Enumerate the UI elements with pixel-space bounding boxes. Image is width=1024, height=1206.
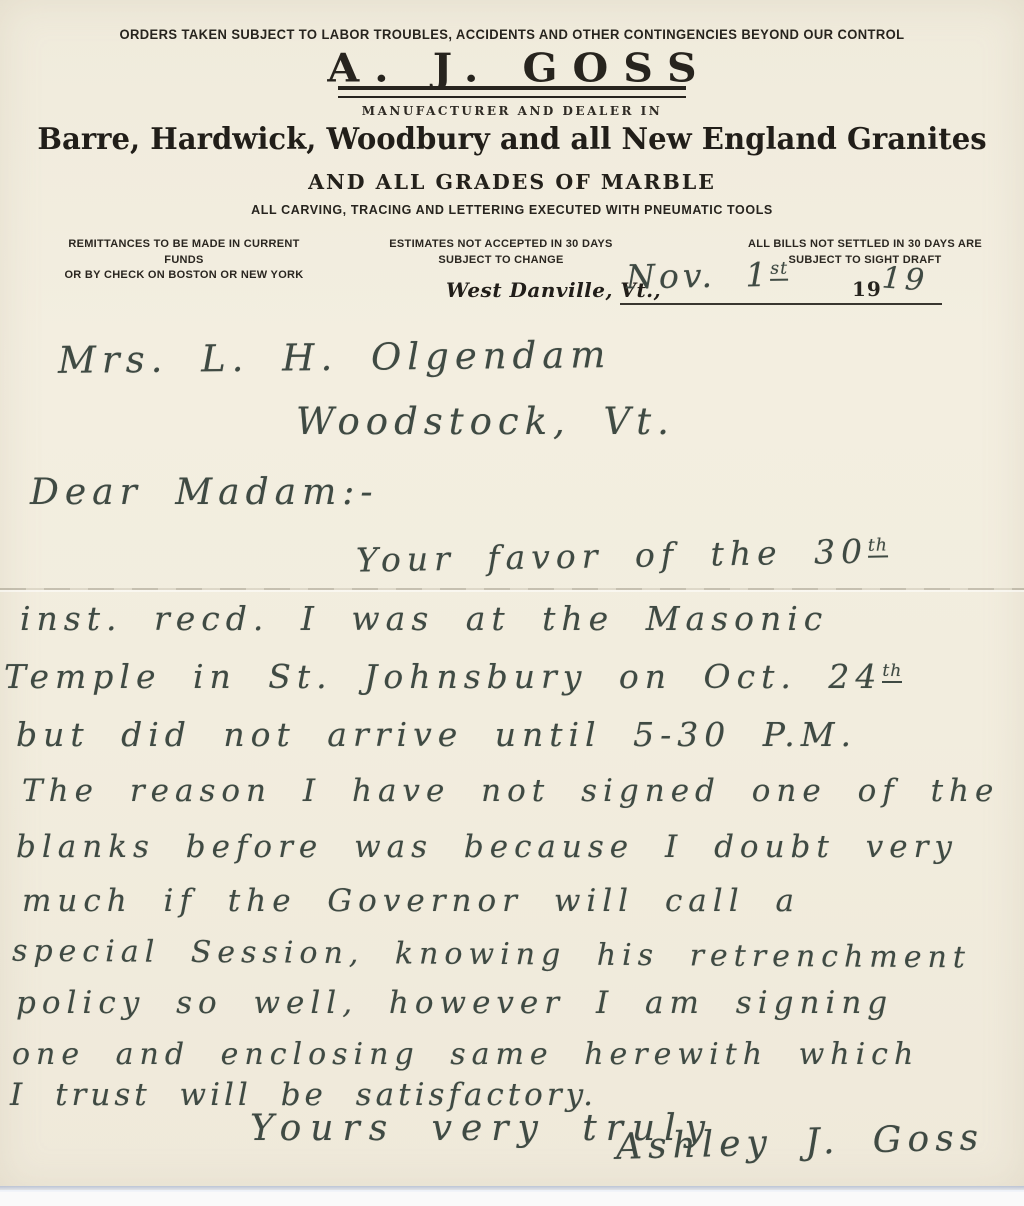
body-line: one and enclosing same herewith which — [12, 1037, 919, 1072]
body-line-text: The reason I have not signed one of the — [22, 773, 999, 809]
body-line-text: special Session, knowing his retrenchmen… — [12, 934, 971, 976]
body-line-text: Your favor of the 30 — [356, 532, 869, 580]
body-line-ordinal: th — [868, 535, 888, 557]
body-line-text: policy so well, however I am signing — [16, 985, 893, 1021]
body-line: Temple in St. Johnsbury on Oct. 24th — [4, 657, 902, 696]
body-line: policy so well, however I am signing — [16, 985, 893, 1021]
body-line-text: but did not arrive until 5-30 P.M. — [16, 715, 857, 754]
products-line: Barre, Hardwick, Woodbury and all New En… — [15, 122, 1008, 157]
terms-remittances-line2: OR BY CHECK ON BOSTON OR NEW YORK — [48, 268, 320, 284]
dateline-year-printed: 19 — [852, 277, 882, 301]
body-line: The reason I have not signed one of the — [22, 773, 999, 809]
body-line: but did not arrive until 5-30 P.M. — [16, 715, 857, 754]
body-line: blanks before was because I doubt very — [16, 829, 958, 865]
salutation: Dear Madam:- — [30, 472, 379, 513]
company-name: A. J. GOSS — [0, 45, 1024, 91]
body-line: Your favor of the 30th — [356, 531, 889, 579]
dateline-handwritten-date: Nov. 1st — [626, 255, 789, 297]
letter-document-sheet: ORDERS TAKEN SUBJECT TO LABOR TROUBLES, … — [0, 0, 1024, 1190]
terms-remittances-line1: REMITTANCES TO BE MADE IN CURRENT FUNDS — [48, 237, 320, 268]
marble-line: AND ALL GRADES OF MARBLE — [0, 170, 1024, 194]
tools-line: ALL CARVING, TRACING AND LETTERING EXECU… — [0, 203, 1024, 217]
dateline-ordinal: st — [770, 259, 788, 281]
company-double-rule — [338, 86, 686, 98]
scanner-background — [0, 1192, 1024, 1206]
body-line: special Session, knowing his retrenchmen… — [12, 934, 971, 976]
top-notice: ORDERS TAKEN SUBJECT TO LABOR TROUBLES, … — [0, 27, 1024, 43]
dateline-month-day: Nov. 1 — [626, 255, 771, 297]
body-line: inst. recd. I was at the Masonic — [20, 599, 828, 638]
body-line-text: blanks before was because I doubt very — [16, 829, 958, 865]
recipient-name: Mrs. L. H. Olgendam — [58, 333, 612, 382]
fold-crease-shadow — [0, 588, 1024, 590]
manufacturer-line: MANUFACTURER AND DEALER IN — [0, 104, 1024, 118]
dateline-rule — [620, 303, 942, 305]
signature: Ashley J. Goss — [616, 1117, 985, 1168]
terms-estimates-line1: ESTIMATES NOT ACCEPTED IN 30 DAYS — [386, 237, 616, 253]
terms-estimates-line2: SUBJECT TO CHANGE — [386, 253, 616, 269]
body-line-text: Temple in St. Johnsbury on Oct. 24 — [4, 657, 882, 696]
body-line-text: inst. recd. I was at the Masonic — [20, 599, 828, 638]
body-line-text: much if the Governor will call a — [22, 883, 800, 919]
body-line-text: one and enclosing same herewith which — [12, 1037, 919, 1072]
body-line: much if the Governor will call a — [22, 883, 800, 919]
terms-estimates: ESTIMATES NOT ACCEPTED IN 30 DAYS SUBJEC… — [386, 237, 616, 268]
terms-remittances: REMITTANCES TO BE MADE IN CURRENT FUNDS … — [48, 237, 320, 284]
dateline-year-handwritten: 19 — [881, 260, 930, 298]
recipient-address: Woodstock, Vt. — [296, 400, 675, 443]
terms-bills-line1: ALL BILLS NOT SETTLED IN 30 DAYS ARE — [736, 237, 994, 253]
body-line-ordinal: th — [882, 661, 902, 683]
